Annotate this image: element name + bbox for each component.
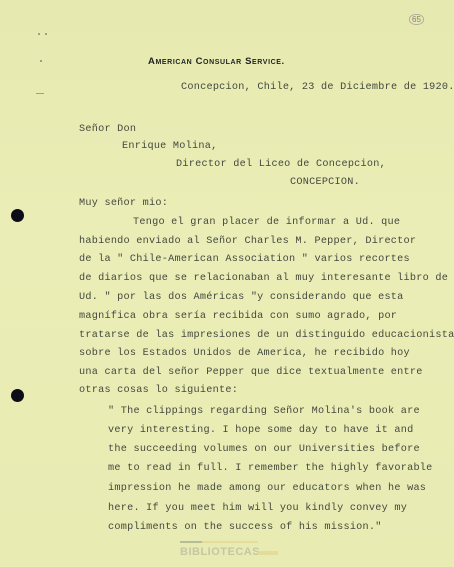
page-number-stamp: 65 bbox=[409, 14, 424, 25]
watermark-bar bbox=[202, 541, 258, 543]
watermark-logo: BIBLIOTECAS bbox=[180, 546, 260, 558]
paper-speck bbox=[38, 33, 40, 35]
quote-line: " The clippings regarding Señor Molina's… bbox=[108, 406, 420, 417]
recipient-name: Enrique Molina, bbox=[122, 141, 217, 152]
body-line: sobre los Estados Unidos de America, he … bbox=[79, 348, 410, 359]
recipient-city: CONCEPCION. bbox=[290, 177, 360, 188]
quote-line: compliments on the success of his missio… bbox=[108, 522, 382, 533]
greeting: Muy señor mio: bbox=[79, 198, 168, 209]
date-line: Concepcion, Chile, 23 de Diciembre de 19… bbox=[181, 82, 454, 93]
letterhead: American Consular Service. bbox=[148, 56, 285, 67]
body-line: una carta del señor Pepper que dice text… bbox=[79, 367, 423, 378]
quote-line: here. If you meet him will you kindly co… bbox=[108, 503, 407, 514]
quote-line: very interesting. I hope some day to hav… bbox=[108, 425, 413, 436]
body-line: otras cosas lo siguiente: bbox=[79, 385, 238, 396]
body-line: habiendo enviado al Señor Charles M. Pep… bbox=[79, 236, 416, 247]
watermark-bar bbox=[180, 541, 202, 543]
quote-line: the succeeding volumes on our Universiti… bbox=[108, 444, 420, 455]
quote-line: me to read in full. I remember the highl… bbox=[108, 463, 433, 474]
body-line: de diarios que se relacionaban al muy in… bbox=[79, 273, 448, 284]
body-line: tratarse de las impresiones de un distin… bbox=[79, 330, 454, 341]
body-line: Ud. " por las dos Américas "y consideran… bbox=[79, 292, 404, 303]
body-line: magnífica obra sería recibida con sumo a… bbox=[79, 311, 397, 322]
recipient-salutation: Señor Don bbox=[79, 124, 136, 135]
paper-speck bbox=[36, 93, 44, 94]
body-line: de la " Chile-American Association " var… bbox=[79, 254, 410, 265]
quote-line: impression he made among our educators w… bbox=[108, 483, 426, 494]
watermark-bar bbox=[258, 551, 278, 555]
body-line: Tengo el gran placer de informar a Ud. q… bbox=[133, 217, 400, 228]
punch-hole bbox=[11, 209, 24, 222]
punch-hole bbox=[11, 389, 24, 402]
scanned-letter-page: 65 American Consular Service. Concepcion… bbox=[0, 0, 454, 567]
paper-speck bbox=[40, 60, 42, 62]
paper-speck bbox=[45, 33, 47, 35]
recipient-title: Director del Liceo de Concepcion, bbox=[176, 159, 386, 170]
